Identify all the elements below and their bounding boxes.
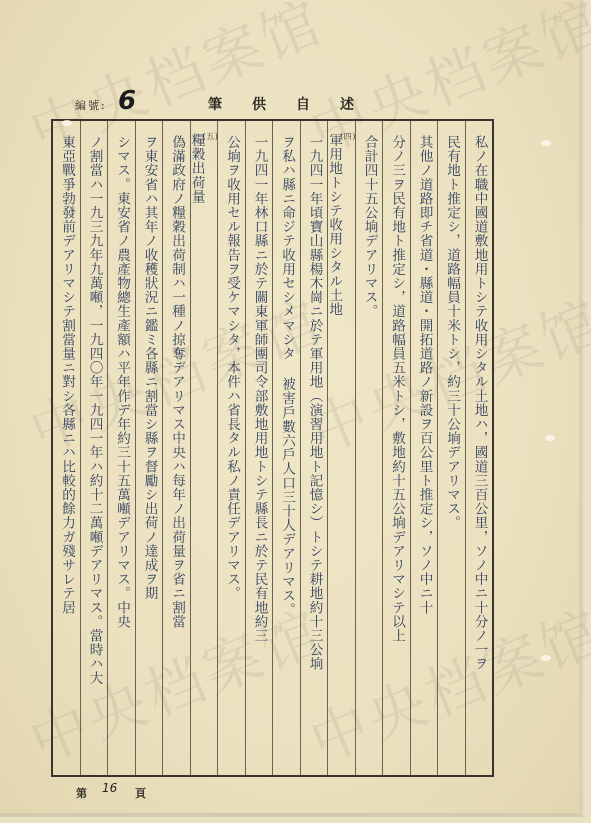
handwritten-line: 公垧ヲ收用セル報告ヲ受ケマシタ，本件ハ省長タル私ノ責任デアリマス。 bbox=[224, 135, 238, 600]
manuscript-grid: 私ノ在職中國道敷地用トシテ收用シタル土地ハ，國道三百公里，ソノ中ニ十分ノ一ヲ民有… bbox=[51, 119, 494, 777]
handwritten-line: ヲ私ハ縣ニ命ジテ收用セシメマシタ 被害戶數六戶人口三十人デアリマス。 bbox=[279, 135, 293, 617]
line-text: 偽滿政府ノ糧穀出荷制ハ一種ノ掠奪デアリマス中央ハ每年ノ出荷量ヲ省ニ割當 bbox=[169, 135, 185, 629]
page-prefix: 第 bbox=[76, 785, 87, 801]
page-header: 編號: 6 筆 供 自 述 bbox=[70, 90, 500, 116]
line-text: ヲ私ハ縣ニ命ジテ收用セシメマシタ 被害戶數六戶人口三十人デアリマス。 bbox=[279, 135, 295, 617]
title-char: 供 bbox=[252, 94, 266, 114]
line-text: 一九四一年林口縣ニ於テ關東軍師團司令部敷地用地トシテ縣長ニ於テ民有地約三 bbox=[252, 135, 268, 643]
page-footer: 第 16 頁 bbox=[70, 781, 270, 801]
handwritten-line: ノ割當ハ一九三九年九萬噸，一九四〇年一九四一年ハ約十二萬噸デアリマス。當時ハ大 bbox=[87, 135, 101, 685]
binding-hole bbox=[62, 120, 72, 126]
manuscript-column: ヲ東安省ハ其年ノ收穫狀況ニ鑑ミ各縣ニ割當シ縣ヲ督勵シ出荷ノ達成ヲ期 bbox=[135, 121, 163, 775]
handwritten-line: シマス。東安省ノ農產物總生產額ハ平年作デ年約三十五萬噸デアリマス。中央 bbox=[114, 135, 128, 629]
title-char: 自 bbox=[296, 94, 310, 114]
manuscript-column: 民有地ト推定シ，道路幅員十米トシ，約三十公垧デアリマス。 bbox=[437, 121, 465, 775]
line-text: 合計四十五公垧デアリマス。 bbox=[362, 135, 378, 318]
binding-hole bbox=[541, 655, 551, 661]
serial-number-value: 6 bbox=[118, 86, 136, 116]
line-text: 民有地ト推定シ，道路幅員十米トシ，約三十公垧デアリマス。 bbox=[444, 135, 460, 530]
handwritten-line: 一九四一年頃寶山縣楊木崗ニ於テ軍用地（演習用地ト記憶シ）トシテ耕地約十三公垧 bbox=[307, 135, 321, 671]
manuscript-column: 公垧ヲ收用セル報告ヲ受ケマシタ，本件ハ省長タル私ノ責任デアリマス。 bbox=[217, 121, 245, 775]
manuscript-column: 分ノ三ヲ民有地ト推定シ，道路幅員五米トシ，敷地約十五公垧デアリマシテ以上 bbox=[382, 121, 410, 775]
manuscript-column: 其他ノ道路即チ省道・縣道・開拓道路ノ新設ヲ百公里ト推定シ，ソノ中ニ十 bbox=[410, 121, 438, 775]
title-char: 述 bbox=[340, 94, 354, 114]
section-heading: (四)軍用地トシテ收用シタル土地 bbox=[327, 133, 356, 316]
handwritten-line: 分ノ三ヲ民有地ト推定シ，道路幅員五米トシ，敷地約十五公垧デアリマシテ以上 bbox=[389, 135, 403, 643]
handwritten-line: ヲ東安省ハ其年ノ收穫狀況ニ鑑ミ各縣ニ割當シ縣ヲ督勵シ出荷ノ達成ヲ期 bbox=[142, 135, 156, 600]
manuscript-column: 東亞戰爭勃發前デアリマシテ割當量ニ對シ各縣ニハ比較的餘力ガ殘サレテ居 bbox=[53, 121, 80, 775]
document-page: 中央档案馆 中央档案馆 中央档案馆 中央档案馆 中央档案馆 中央档案馆 編號: … bbox=[0, 0, 583, 817]
line-text: ヲ東安省ハ其年ノ收穫狀況ニ鑑ミ各縣ニ割當シ縣ヲ督勵シ出荷ノ達成ヲ期 bbox=[142, 135, 158, 600]
handwritten-line: 其他ノ道路即チ省道・縣道・開拓道路ノ新設ヲ百公里ト推定シ，ソノ中ニ十 bbox=[417, 135, 431, 614]
line-text: 其他ノ道路即チ省道・縣道・開拓道路ノ新設ヲ百公里ト推定シ，ソノ中ニ十 bbox=[417, 135, 433, 614]
line-text: 分ノ三ヲ民有地ト推定シ，道路幅員五米トシ，敷地約十五公垧デアリマシテ以上 bbox=[389, 135, 405, 643]
line-text: 私ノ在職中國道敷地用トシテ收用シタル土地ハ，國道三百公里，ソノ中ニ十分ノ一ヲ bbox=[472, 135, 488, 671]
manuscript-column: ノ割當ハ一九三九年九萬噸，一九四〇年一九四一年ハ約十二萬噸デアリマス。當時ハ大 bbox=[80, 121, 108, 775]
handwritten-line: 一九四一年林口縣ニ於テ關東軍師團司令部敷地用地トシテ縣長ニ於テ民有地約三 bbox=[252, 135, 266, 643]
manuscript-column: 一九四一年林口縣ニ於テ關東軍師團司令部敷地用地トシテ縣長ニ於テ民有地約三 bbox=[245, 121, 273, 775]
line-text: 一九四一年頃寶山縣楊木崗ニ於テ軍用地（演習用地ト記憶シ）トシテ耕地約十三公垧 bbox=[307, 135, 323, 671]
manuscript-column: 一九四一年頃寶山縣楊木崗ニ於テ軍用地（演習用地ト記憶シ）トシテ耕地約十三公垧 bbox=[300, 121, 328, 775]
page-suffix: 頁 bbox=[135, 785, 146, 801]
line-text: 軍用地トシテ收用シタル土地 bbox=[326, 133, 342, 316]
line-text: 糧穀出荷量 bbox=[189, 133, 205, 204]
handwritten-line: 東亞戰爭勃發前デアリマシテ割當量ニ對シ各縣ニハ比較的餘力ガ殘サレテ居 bbox=[59, 135, 73, 614]
title-char: 筆 bbox=[208, 94, 222, 114]
section-heading: (五)糧穀出荷量 bbox=[189, 133, 218, 204]
manuscript-column: (五)糧穀出荷量 bbox=[190, 121, 218, 775]
line-text: シマス。東安省ノ農產物總生產額ハ平年作デ年約三十五萬噸デアリマス。中央 bbox=[114, 135, 130, 629]
handwritten-line: 私ノ在職中國道敷地用トシテ收用シタル土地ハ，國道三百公里，ソノ中ニ十分ノ一ヲ bbox=[472, 135, 486, 671]
handwritten-line: 偽滿政府ノ糧穀出荷制ハ一種ノ掠奪デアリマス中央ハ每年ノ出荷量ヲ省ニ割當 bbox=[169, 135, 183, 629]
document-title: 筆 供 自 述 bbox=[208, 94, 354, 114]
manuscript-column: 合計四十五公垧デアリマス。 bbox=[355, 121, 383, 775]
line-text: 東亞戰爭勃發前デアリマシテ割當量ニ對シ各縣ニハ比較的餘力ガ殘サレテ居 bbox=[59, 135, 75, 614]
handwritten-line: 民有地ト推定シ，道路幅員十米トシ，約三十公垧デアリマス。 bbox=[444, 135, 458, 530]
manuscript-column: (四)軍用地トシテ收用シタル土地 bbox=[327, 121, 355, 775]
page-number: 16 bbox=[102, 781, 117, 795]
binding-hole bbox=[541, 140, 551, 146]
line-text: 公垧ヲ收用セル報告ヲ受ケマシタ，本件ハ省長タル私ノ責任デアリマス。 bbox=[224, 135, 240, 600]
manuscript-column: シマス。東安省ノ農產物總生產額ハ平年作デ年約三十五萬噸デアリマス。中央 bbox=[107, 121, 135, 775]
binding-hole bbox=[545, 435, 555, 441]
handwritten-line: 合計四十五公垧デアリマス。 bbox=[362, 135, 376, 318]
manuscript-column: ヲ私ハ縣ニ命ジテ收用セシメマシタ 被害戶數六戶人口三十人デアリマス。 bbox=[272, 121, 300, 775]
line-text: ノ割當ハ一九三九年九萬噸，一九四〇年一九四一年ハ約十二萬噸デアリマス。當時ハ大 bbox=[87, 135, 103, 685]
manuscript-column: 偽滿政府ノ糧穀出荷制ハ一種ノ掠奪デアリマス中央ハ每年ノ出荷量ヲ省ニ割當 bbox=[162, 121, 190, 775]
serial-number-label: 編號: bbox=[75, 97, 107, 113]
manuscript-column: 私ノ在職中國道敷地用トシテ收用シタル土地ハ，國道三百公里，ソノ中ニ十分ノ一ヲ bbox=[465, 121, 493, 775]
